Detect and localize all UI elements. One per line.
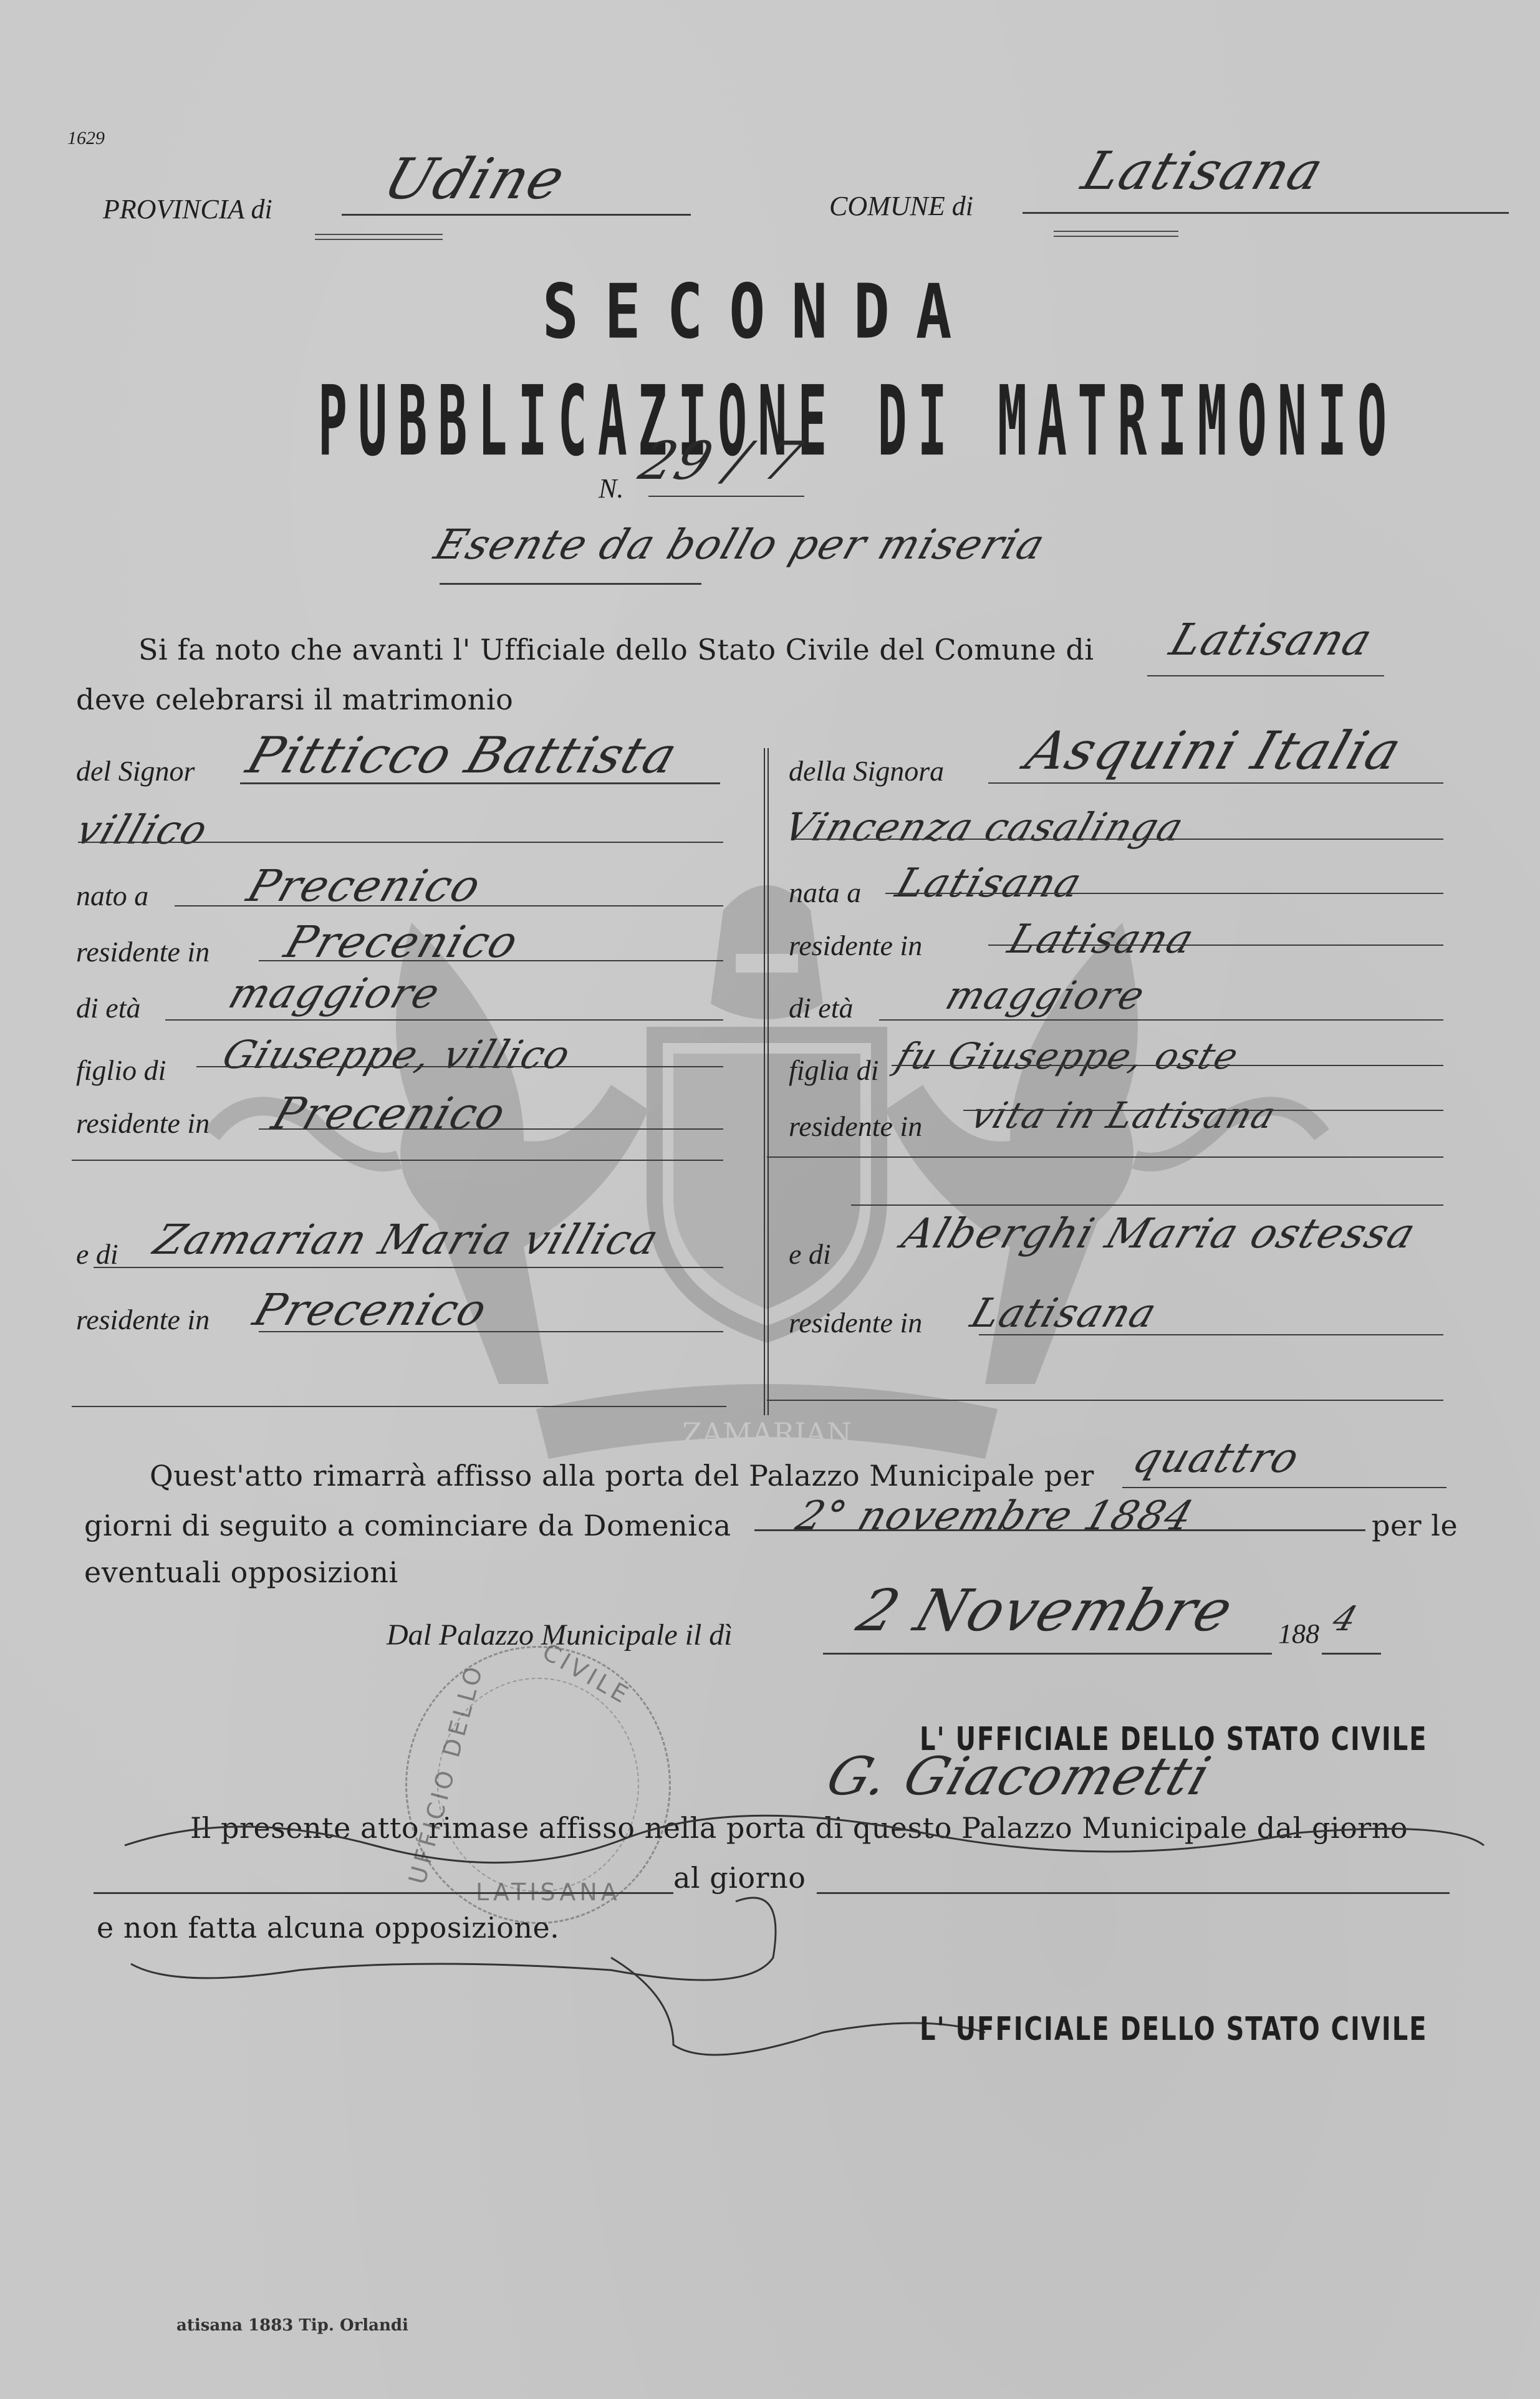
groom-mother-resident-underline bbox=[259, 1331, 723, 1332]
bride-father-resident-label: residente in bbox=[789, 1110, 922, 1143]
groom-age-underline bbox=[165, 1019, 723, 1021]
bride-mother-resident-label: residente in bbox=[789, 1306, 922, 1339]
bride-heading-label: della Signora bbox=[789, 754, 944, 787]
bride-profession-underline bbox=[795, 839, 1443, 840]
groom-heading-label: del Signor bbox=[76, 754, 195, 787]
intro-text-2: deve celebrarsi il matrimonio bbox=[76, 683, 513, 716]
number-label: N. bbox=[599, 473, 623, 504]
posting-text-d: eventuali opposizioni bbox=[84, 1555, 398, 1589]
provincia-ornament bbox=[315, 234, 443, 235]
place-date-underline bbox=[823, 1653, 1272, 1655]
groom-father-value: Giuseppe, villico bbox=[224, 1032, 570, 1077]
bride-resident-underline bbox=[988, 945, 1443, 946]
bride-profession-value: Vincenza casalinga bbox=[786, 804, 1183, 850]
provincia-underline bbox=[342, 214, 691, 216]
groom-father-resident-value: Precenico bbox=[274, 1088, 504, 1139]
groom-father-underline bbox=[196, 1066, 723, 1067]
groom-name-value: Pitticco Battista bbox=[249, 726, 676, 784]
year-suffix-value: 4 bbox=[1334, 1599, 1357, 1638]
groom-born-underline bbox=[175, 905, 723, 906]
posting-days-underline bbox=[1122, 1487, 1446, 1488]
bride-name-underline bbox=[988, 782, 1443, 784]
groom-born-label: nato a bbox=[76, 879, 148, 912]
bride-born-label: nata a bbox=[789, 876, 861, 909]
officer-signature: G. Giacometti bbox=[829, 1746, 1209, 1807]
bride-father-label: figlia di bbox=[789, 1054, 878, 1087]
groom-father-label: figlio di bbox=[76, 1054, 166, 1087]
bride-born-underline bbox=[885, 893, 1443, 894]
provincia-value: Udine bbox=[387, 147, 563, 212]
groom-mother-label: e di bbox=[76, 1238, 118, 1271]
number-value: 29 / 7 bbox=[642, 430, 801, 491]
provincia-label: PROVINCIA di bbox=[103, 193, 272, 225]
groom-mother-resident-label: residente in bbox=[76, 1303, 209, 1336]
year-underline bbox=[1322, 1653, 1381, 1655]
groom-father-resident-label: residente in bbox=[76, 1107, 209, 1140]
bride-blank-line-2 bbox=[767, 1400, 1443, 1401]
bride-father-underline bbox=[892, 1065, 1443, 1066]
posting-text-b: giorni di seguito a cominciare da Domeni… bbox=[84, 1509, 731, 1542]
groom-born-value: Precenico bbox=[249, 860, 479, 911]
title-pubblicazione: PUBBLICAZIONE DI MATRIMONIO bbox=[318, 365, 1397, 478]
bride-blank-line-1 bbox=[767, 1156, 1443, 1158]
posting-text-a: Quest'atto rimarrà affisso alla porta de… bbox=[150, 1459, 1094, 1493]
intro-text: Si fa noto che avanti l' Ufficiale dello… bbox=[138, 633, 1094, 666]
bride-father-resident-underline bbox=[963, 1110, 1443, 1111]
comune-ornament bbox=[1054, 231, 1178, 232]
groom-mother-value: Zamarian Maria villica bbox=[156, 1216, 658, 1264]
intro-comune-value: Latisana bbox=[1172, 614, 1371, 665]
groom-age-label: di età bbox=[76, 991, 140, 1024]
exemption-ornament-line bbox=[440, 583, 701, 585]
bride-mother-label: e di bbox=[789, 1238, 831, 1271]
title-seconda: SECONDA bbox=[542, 268, 978, 355]
groom-profession-underline bbox=[78, 842, 723, 843]
year-prefix: 188 bbox=[1278, 1618, 1319, 1650]
groom-age-value: maggiore bbox=[231, 969, 439, 1017]
bride-resident-label: residente in bbox=[789, 929, 922, 962]
comune-label: COMUNE di bbox=[829, 190, 973, 222]
bride-age-underline bbox=[879, 1019, 1443, 1021]
groom-profession-value: villico bbox=[78, 807, 206, 853]
bride-resident-value: Latisana bbox=[1010, 916, 1193, 963]
groom-name-underline bbox=[240, 782, 720, 784]
bride-father-resident-value: vita in Latisana bbox=[973, 1094, 1275, 1137]
bride-age-label: di età bbox=[789, 991, 853, 1024]
margin-number: 1629 bbox=[67, 128, 105, 149]
posting-days-value: quattro bbox=[1135, 1434, 1298, 1482]
groom-resident-label: residente in bbox=[76, 935, 209, 968]
place-date-value: 2 Novembre bbox=[860, 1577, 1231, 1644]
number-underline bbox=[648, 496, 804, 497]
exemption-note: Esente da bollo per miseria bbox=[436, 521, 1044, 569]
groom-blank-line-1 bbox=[72, 1160, 723, 1161]
bride-mother-resident-value: Latisana bbox=[973, 1291, 1155, 1337]
posting-start-date-value: 2° novembre 1884 bbox=[798, 1493, 1192, 1539]
groom-father-resident-underline bbox=[259, 1128, 723, 1130]
column-divider bbox=[764, 748, 769, 1415]
bride-born-value: Latisana bbox=[898, 860, 1080, 906]
comune-underline bbox=[1023, 212, 1509, 214]
bride-name-value: Asquini Italia bbox=[1029, 720, 1400, 781]
posting-text-c: per le bbox=[1372, 1509, 1458, 1542]
officer-title-2: L' UFFICIALE DELLO STATO CIVILE bbox=[920, 2011, 1428, 2048]
intro-comune-underline bbox=[1147, 675, 1384, 676]
printer-imprint: atisana 1883 Tip. Orlandi bbox=[176, 2316, 408, 2335]
bride-mother-value: Alberghi Maria ostessa bbox=[904, 1209, 1415, 1257]
bride-mother-underline bbox=[851, 1204, 1443, 1206]
groom-blank-line-2 bbox=[72, 1406, 726, 1407]
bride-age-value: maggiore bbox=[948, 973, 1144, 1018]
posting-start-date-underline bbox=[754, 1529, 1365, 1531]
bride-mother-resident-underline bbox=[979, 1334, 1443, 1335]
comune-value: Latisana bbox=[1085, 140, 1322, 201]
groom-resident-underline bbox=[259, 960, 723, 961]
bride-father-value: fu Giuseppe, oste bbox=[898, 1035, 1238, 1077]
groom-mother-underline bbox=[94, 1267, 723, 1268]
groom-mother-resident-value: Precenico bbox=[256, 1284, 486, 1335]
